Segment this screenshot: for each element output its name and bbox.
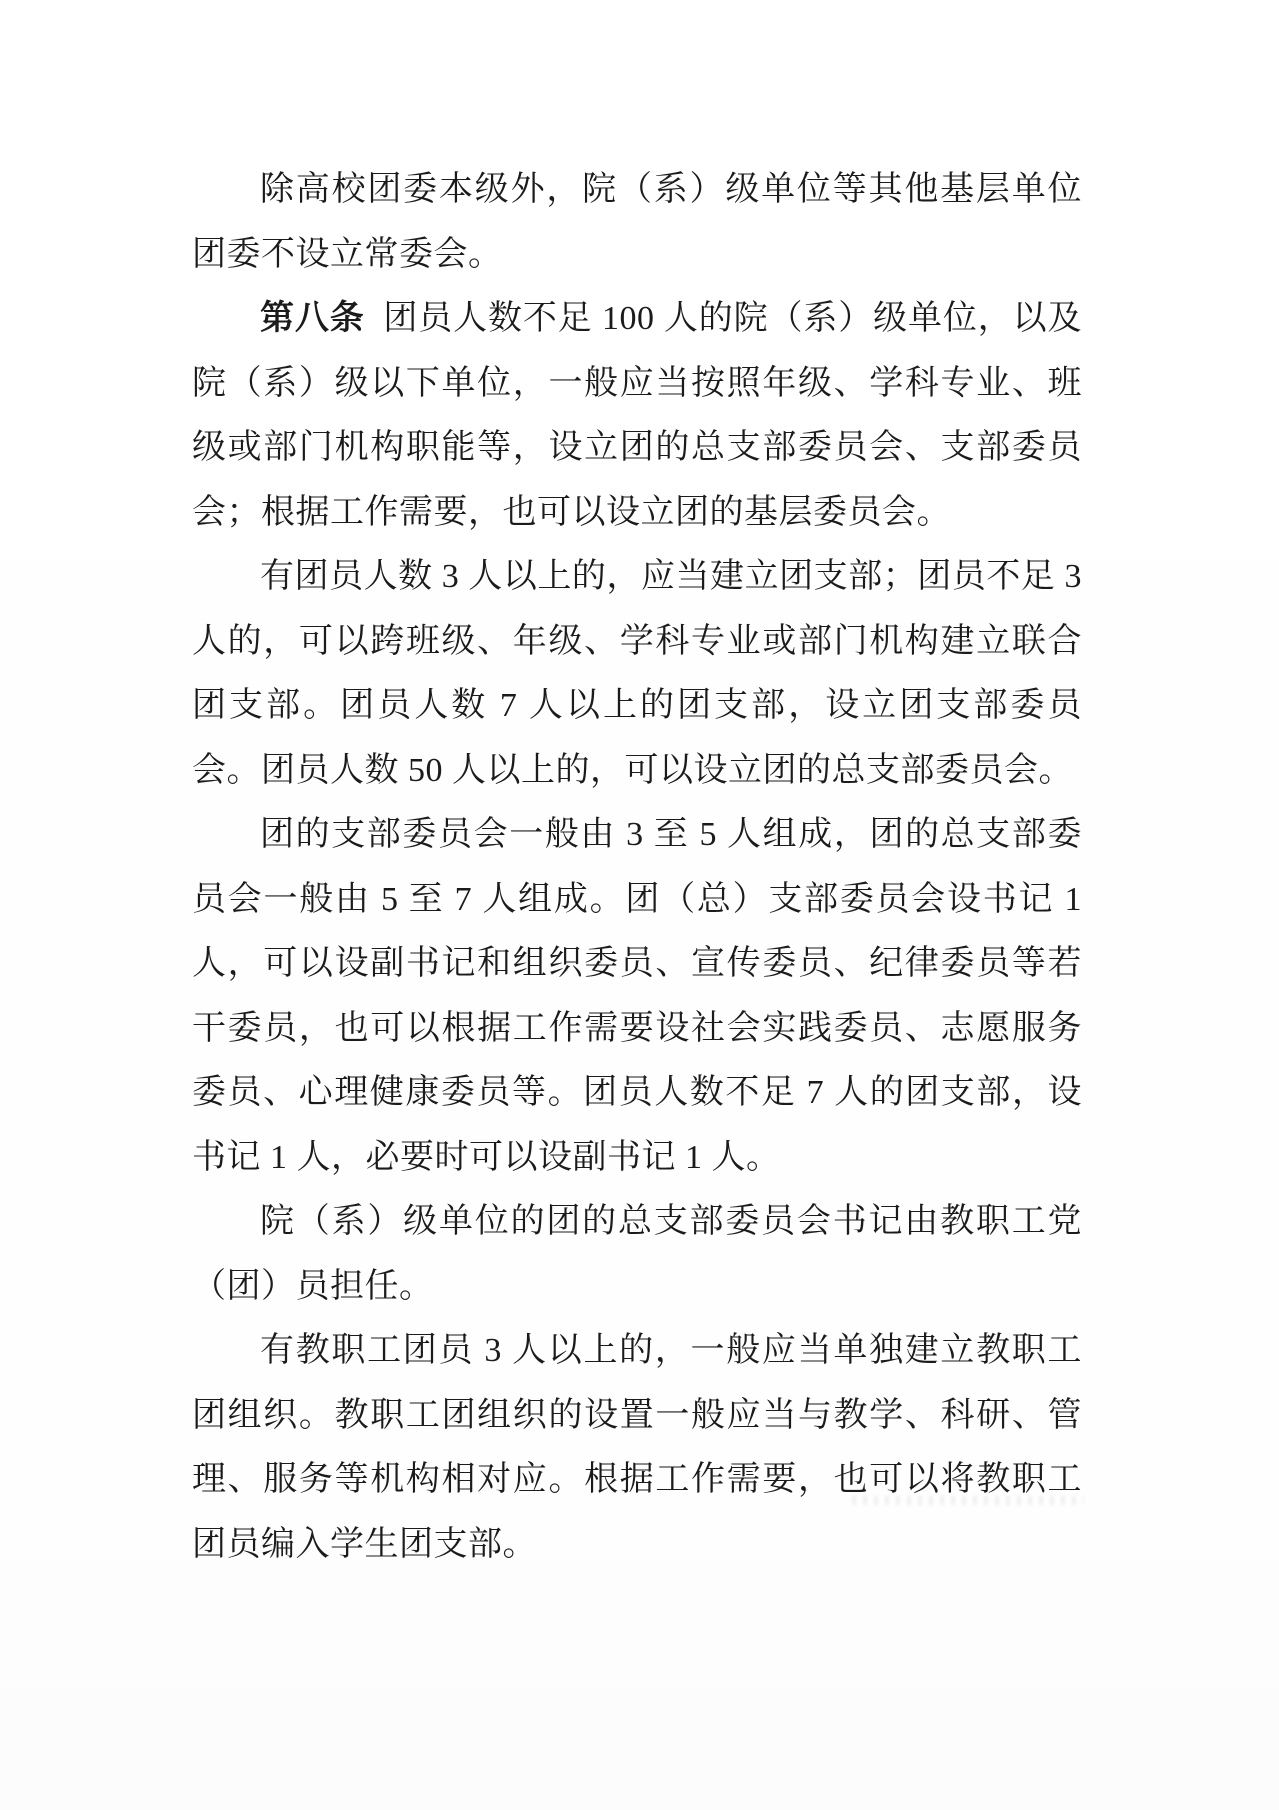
paragraph: 除高校团委本级外，院（系）级单位等其他基层单位团委不设立常委会。 [192, 158, 1082, 287]
paragraph-text: 院（系）级单位的团的总支部委员会书记由教职工党（团）员担任。 [192, 1203, 1082, 1305]
clause-number: 第八条 [260, 300, 365, 337]
paragraph: 第八条团员人数不足 100 人的院（系）级单位，以及院（系）级以下单位，一般应当… [192, 287, 1082, 545]
paragraph: 有团员人数 3 人以上的，应当建立团支部；团员不足 3 人的，可以跨班级、年级、… [192, 545, 1082, 803]
paragraph: 有教职工团员 3 人以上的，一般应当单独建立教职工团组织。教职工团组织的设置一般… [192, 1319, 1082, 1577]
paragraph: 院（系）级单位的团的总支部委员会书记由教职工党（团）员担任。 [192, 1190, 1082, 1319]
paragraph-text: 团的支部委员会一般由 3 至 5 人组成，团的总支部委员会一般由 5 至 7 人… [192, 816, 1082, 1176]
paragraph-text: 有团员人数 3 人以上的，应当建立团支部；团员不足 3 人的，可以跨班级、年级、… [192, 558, 1082, 789]
document-body: 除高校团委本级外，院（系）级单位等其他基层单位团委不设立常委会。 第八条团员人数… [192, 158, 1082, 1577]
paragraph: 团的支部委员会一般由 3 至 5 人组成，团的总支部委员会一般由 5 至 7 人… [192, 803, 1082, 1190]
paragraph-text: 有教职工团员 3 人以上的，一般应当单独建立教职工团组织。教职工团组织的设置一般… [192, 1332, 1082, 1563]
paragraph-text: 除高校团委本级外，院（系）级单位等其他基层单位团委不设立常委会。 [192, 171, 1082, 273]
document-page: 除高校团委本级外，院（系）级单位等其他基层单位团委不设立常委会。 第八条团员人数… [0, 0, 1279, 1810]
page-bleed-artifact [852, 1496, 1084, 1505]
